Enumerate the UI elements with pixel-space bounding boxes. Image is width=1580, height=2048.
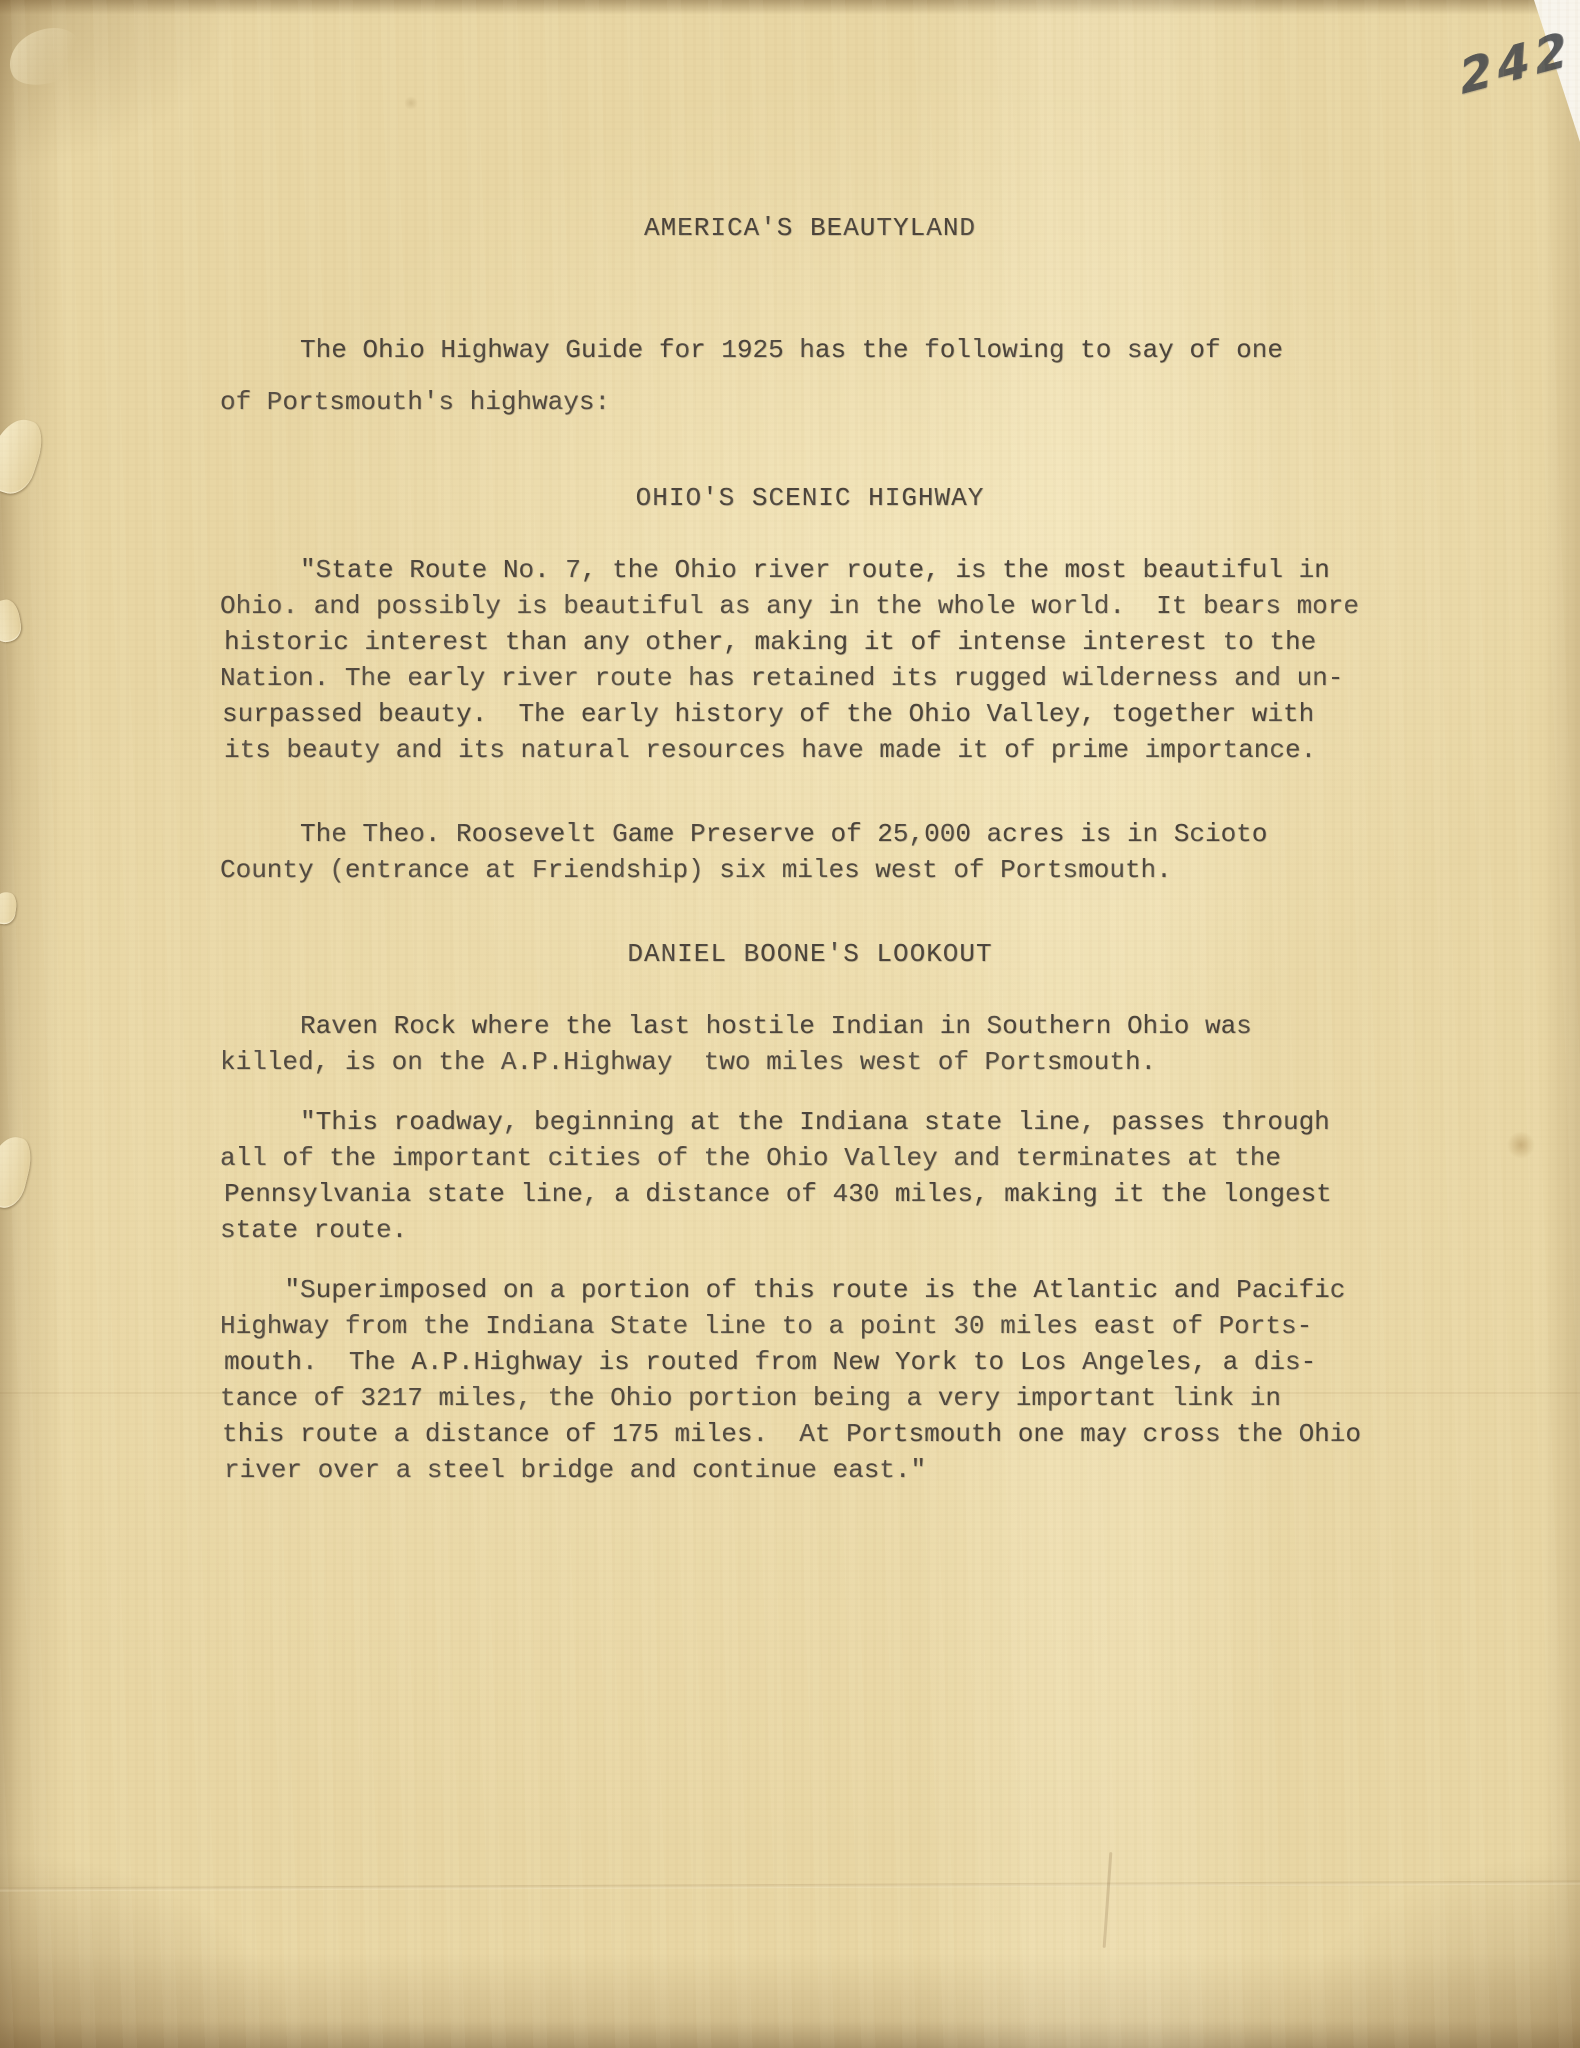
typed-line: its beauty and its natural resources hav… xyxy=(224,732,1400,768)
typed-line: river over a steel bridge and continue e… xyxy=(224,1452,1400,1488)
typed-line: killed, is on the A.P.Highway two miles … xyxy=(220,1044,1396,1080)
typed-line: Ohio. and possibly is beautiful as any i… xyxy=(220,588,1396,624)
paragraph-raven-rock: Raven Rock where the last hostile Indian… xyxy=(222,1008,1398,1080)
intro-paragraph: The Ohio Highway Guide for 1925 has the … xyxy=(222,324,1398,428)
typed-line: all of the important cities of the Ohio … xyxy=(220,1140,1396,1176)
typed-line: The Ohio Highway Guide for 1925 has the … xyxy=(222,324,1398,376)
scanned-document-page: 242 AMERICA'S BEAUTYLAND The Ohio Highwa… xyxy=(0,0,1580,2048)
document-title: AMERICA'S BEAUTYLAND xyxy=(222,210,1398,246)
typed-line: "This roadway, beginning at the Indiana … xyxy=(222,1104,1398,1140)
typed-line: of Portsmouth's highways: xyxy=(220,376,1396,428)
typed-line: surpassed beauty. The early history of t… xyxy=(222,696,1398,732)
typed-line: Highway from the Indiana State line to a… xyxy=(220,1308,1396,1344)
typed-line: "State Route No. 7, the Ohio river route… xyxy=(222,552,1398,588)
crease-line xyxy=(0,1881,1580,1892)
typed-line: Nation. The early river route has retain… xyxy=(220,660,1396,696)
typed-line: Pennsylvania state line, a distance of 4… xyxy=(224,1176,1400,1212)
section-heading-ohios-scenic-highway: OHIO'S SCENIC HIGHWAY xyxy=(222,480,1398,516)
typed-line: Raven Rock where the last hostile Indian… xyxy=(222,1008,1398,1044)
typed-text-area: AMERICA'S BEAUTYLAND The Ohio Highway Gu… xyxy=(0,0,1580,1488)
typed-line: this route a distance of 175 miles. At P… xyxy=(222,1416,1398,1452)
typed-line: The Theo. Roosevelt Game Preserve of 25,… xyxy=(222,816,1398,852)
section-heading-daniel-boones-lookout: DANIEL BOONE'S LOOKOUT xyxy=(222,936,1398,972)
typed-line: tance of 3217 miles, the Ohio portion be… xyxy=(220,1380,1396,1416)
scratch-mark xyxy=(1103,1852,1113,1948)
paragraph-this-roadway: "This roadway, beginning at the Indiana … xyxy=(222,1104,1398,1248)
typed-line: mouth. The A.P.Highway is routed from Ne… xyxy=(224,1344,1400,1380)
typed-line: historic interest than any other, making… xyxy=(224,624,1400,660)
typed-line: "Superimposed on a portion of this route… xyxy=(222,1272,1398,1308)
typed-line: County (entrance at Friendship) six mile… xyxy=(220,852,1396,888)
paragraph-superimposed-ap-highway: "Superimposed on a portion of this route… xyxy=(222,1272,1398,1488)
paragraph-roosevelt-game-preserve: The Theo. Roosevelt Game Preserve of 25,… xyxy=(222,816,1398,888)
paragraph-state-route-7: "State Route No. 7, the Ohio river route… xyxy=(222,552,1398,768)
typed-line: state route. xyxy=(220,1212,1396,1248)
